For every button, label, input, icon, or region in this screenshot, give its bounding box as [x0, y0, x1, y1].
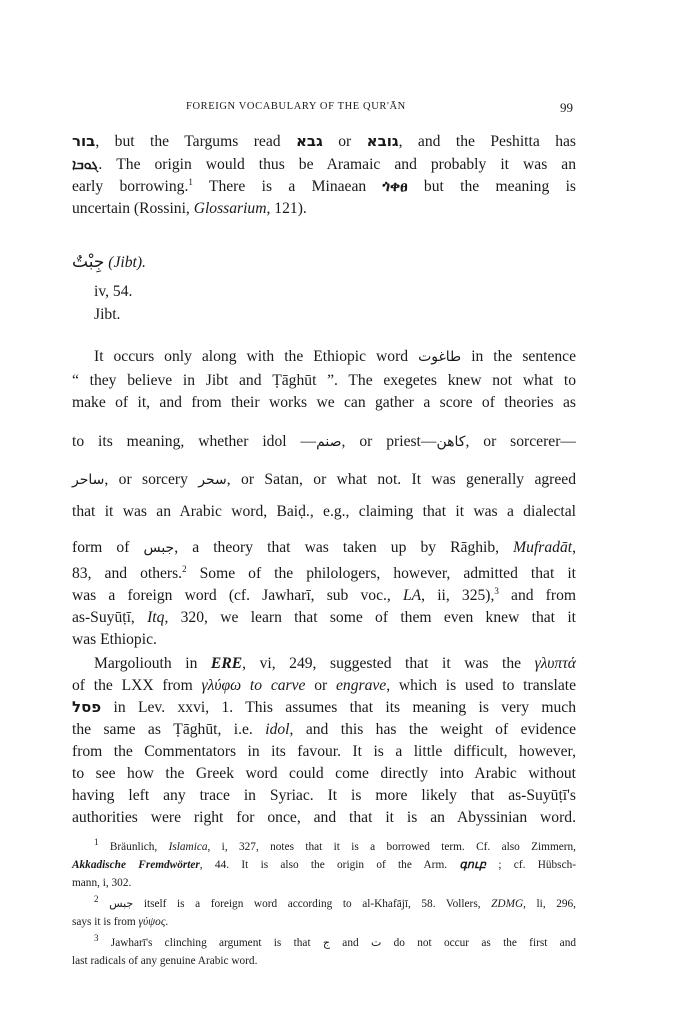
text-line: early borrowing.1 There is a Minaean ጎቀፀ…	[72, 177, 576, 196]
text-line: authorities were right for once, and tha…	[72, 808, 576, 827]
surah-reference: iv, 54.	[94, 283, 132, 301]
arabic-headword: جِبْتٌ	[72, 252, 104, 272]
book-page: FOREIGN VOCABULARY OF THE QUR'ĀN 99 בור,…	[0, 0, 698, 1020]
footnote-2-line: says it is from γύψος.	[72, 915, 576, 929]
arabic-word: ساحر	[72, 472, 104, 488]
armenian-word: գուբ	[459, 859, 486, 871]
arabic-word: جبس	[143, 540, 174, 556]
minaean-word: ጎቀፀ	[383, 177, 408, 195]
footnote-3: 3 Jawharī's clinching argument is that ج…	[94, 936, 576, 950]
text-line: בור, but the Targums read גבא or גובא, a…	[72, 132, 576, 151]
text-line: form of جبس, a theory that was taken up …	[72, 538, 576, 558]
greek-word: γλύφω	[201, 677, 241, 694]
text-line: from the Commentators in its favour. It …	[72, 742, 576, 761]
text-line: of the LXX from γλύφω to carve or engrav…	[72, 676, 576, 695]
page-header: FOREIGN VOCABULARY OF THE QUR'ĀN 99	[0, 101, 698, 117]
page-number: 99	[560, 100, 573, 116]
text-line: פסל in Lev. xxvi, 1. This assumes that i…	[72, 698, 576, 717]
arabic-word: كاهن	[436, 434, 465, 450]
text-line: 83, and others.2 Some of the philologers…	[72, 564, 576, 583]
text-line: that it was an Arabic word, Baiḍ., e.g.,…	[72, 502, 576, 521]
text-line: as-Suyūṭī, Itq, 320, we learn that some …	[72, 608, 576, 627]
arabic-word: سحر	[198, 472, 227, 488]
transliteration: (Jibt).	[108, 254, 146, 271]
text-line: was a foreign word (cf. Jawharī, sub voc…	[72, 586, 576, 605]
greek-word: γύψος	[139, 916, 166, 928]
text-line: uncertain (Rossini, Glossarium, 121).	[72, 199, 576, 218]
arabic-letter: ج	[323, 936, 330, 949]
text-line: to its meaning, whether idol —صنم, or pr…	[72, 432, 576, 452]
hebrew-word: גבא	[296, 132, 323, 150]
arabic-word: جبس	[109, 897, 133, 910]
footnote-mark: 2	[94, 894, 99, 904]
hebrew-word: פסל	[72, 698, 101, 716]
text-line: having left any trace in Syriac. It is m…	[72, 786, 576, 805]
entry-gloss: Jibt.	[94, 306, 120, 324]
text-line: “ they believe in Jibt and Ṭāghūt ”. The…	[72, 371, 576, 390]
arabic-word: طاغوت	[418, 349, 461, 365]
text-line: was Ethiopic.	[72, 630, 576, 649]
text-line: ساحر, or sorcery سحر, or Satan, or what …	[72, 470, 576, 490]
syriac-word: ܓܘܒܐ	[72, 157, 98, 173]
footnote-1-line: mann, i, 302.	[72, 876, 576, 890]
entry-heading: جِبْتٌ (Jibt).	[72, 252, 146, 272]
arabic-letter: ت	[371, 936, 381, 949]
text-line: ܓܘܒܐ. The origin would thus be Aramaic a…	[72, 155, 576, 175]
text-line: Margoliouth in ERE, vi, 249, suggested t…	[94, 654, 576, 673]
footnote-1-line: Akkadische Fremdwörter, 44. It is also t…	[72, 858, 576, 872]
hebrew-word: בור	[72, 132, 95, 150]
footnote-2: 2 جبس itself is a foreign word according…	[94, 897, 576, 911]
footnote-3-line: last radicals of any genuine Arabic word…	[72, 954, 576, 968]
arabic-word: صنم	[316, 434, 341, 450]
greek-word: γλυπτά	[535, 655, 576, 672]
text-line: the same as Ṭāghūt, i.e. idol, and this …	[72, 720, 576, 739]
text-line: It occurs only along with the Ethiopic w…	[94, 347, 576, 367]
text-line: to see how the Greek word could come dir…	[72, 764, 576, 783]
text-line: make of it, and from their works we can …	[72, 393, 576, 412]
running-head: FOREIGN VOCABULARY OF THE QUR'ĀN	[186, 101, 406, 112]
footnote-1: 1 Bräunlich, Islamica, i, 327, notes tha…	[94, 840, 576, 854]
hebrew-word: גובא	[367, 132, 399, 150]
